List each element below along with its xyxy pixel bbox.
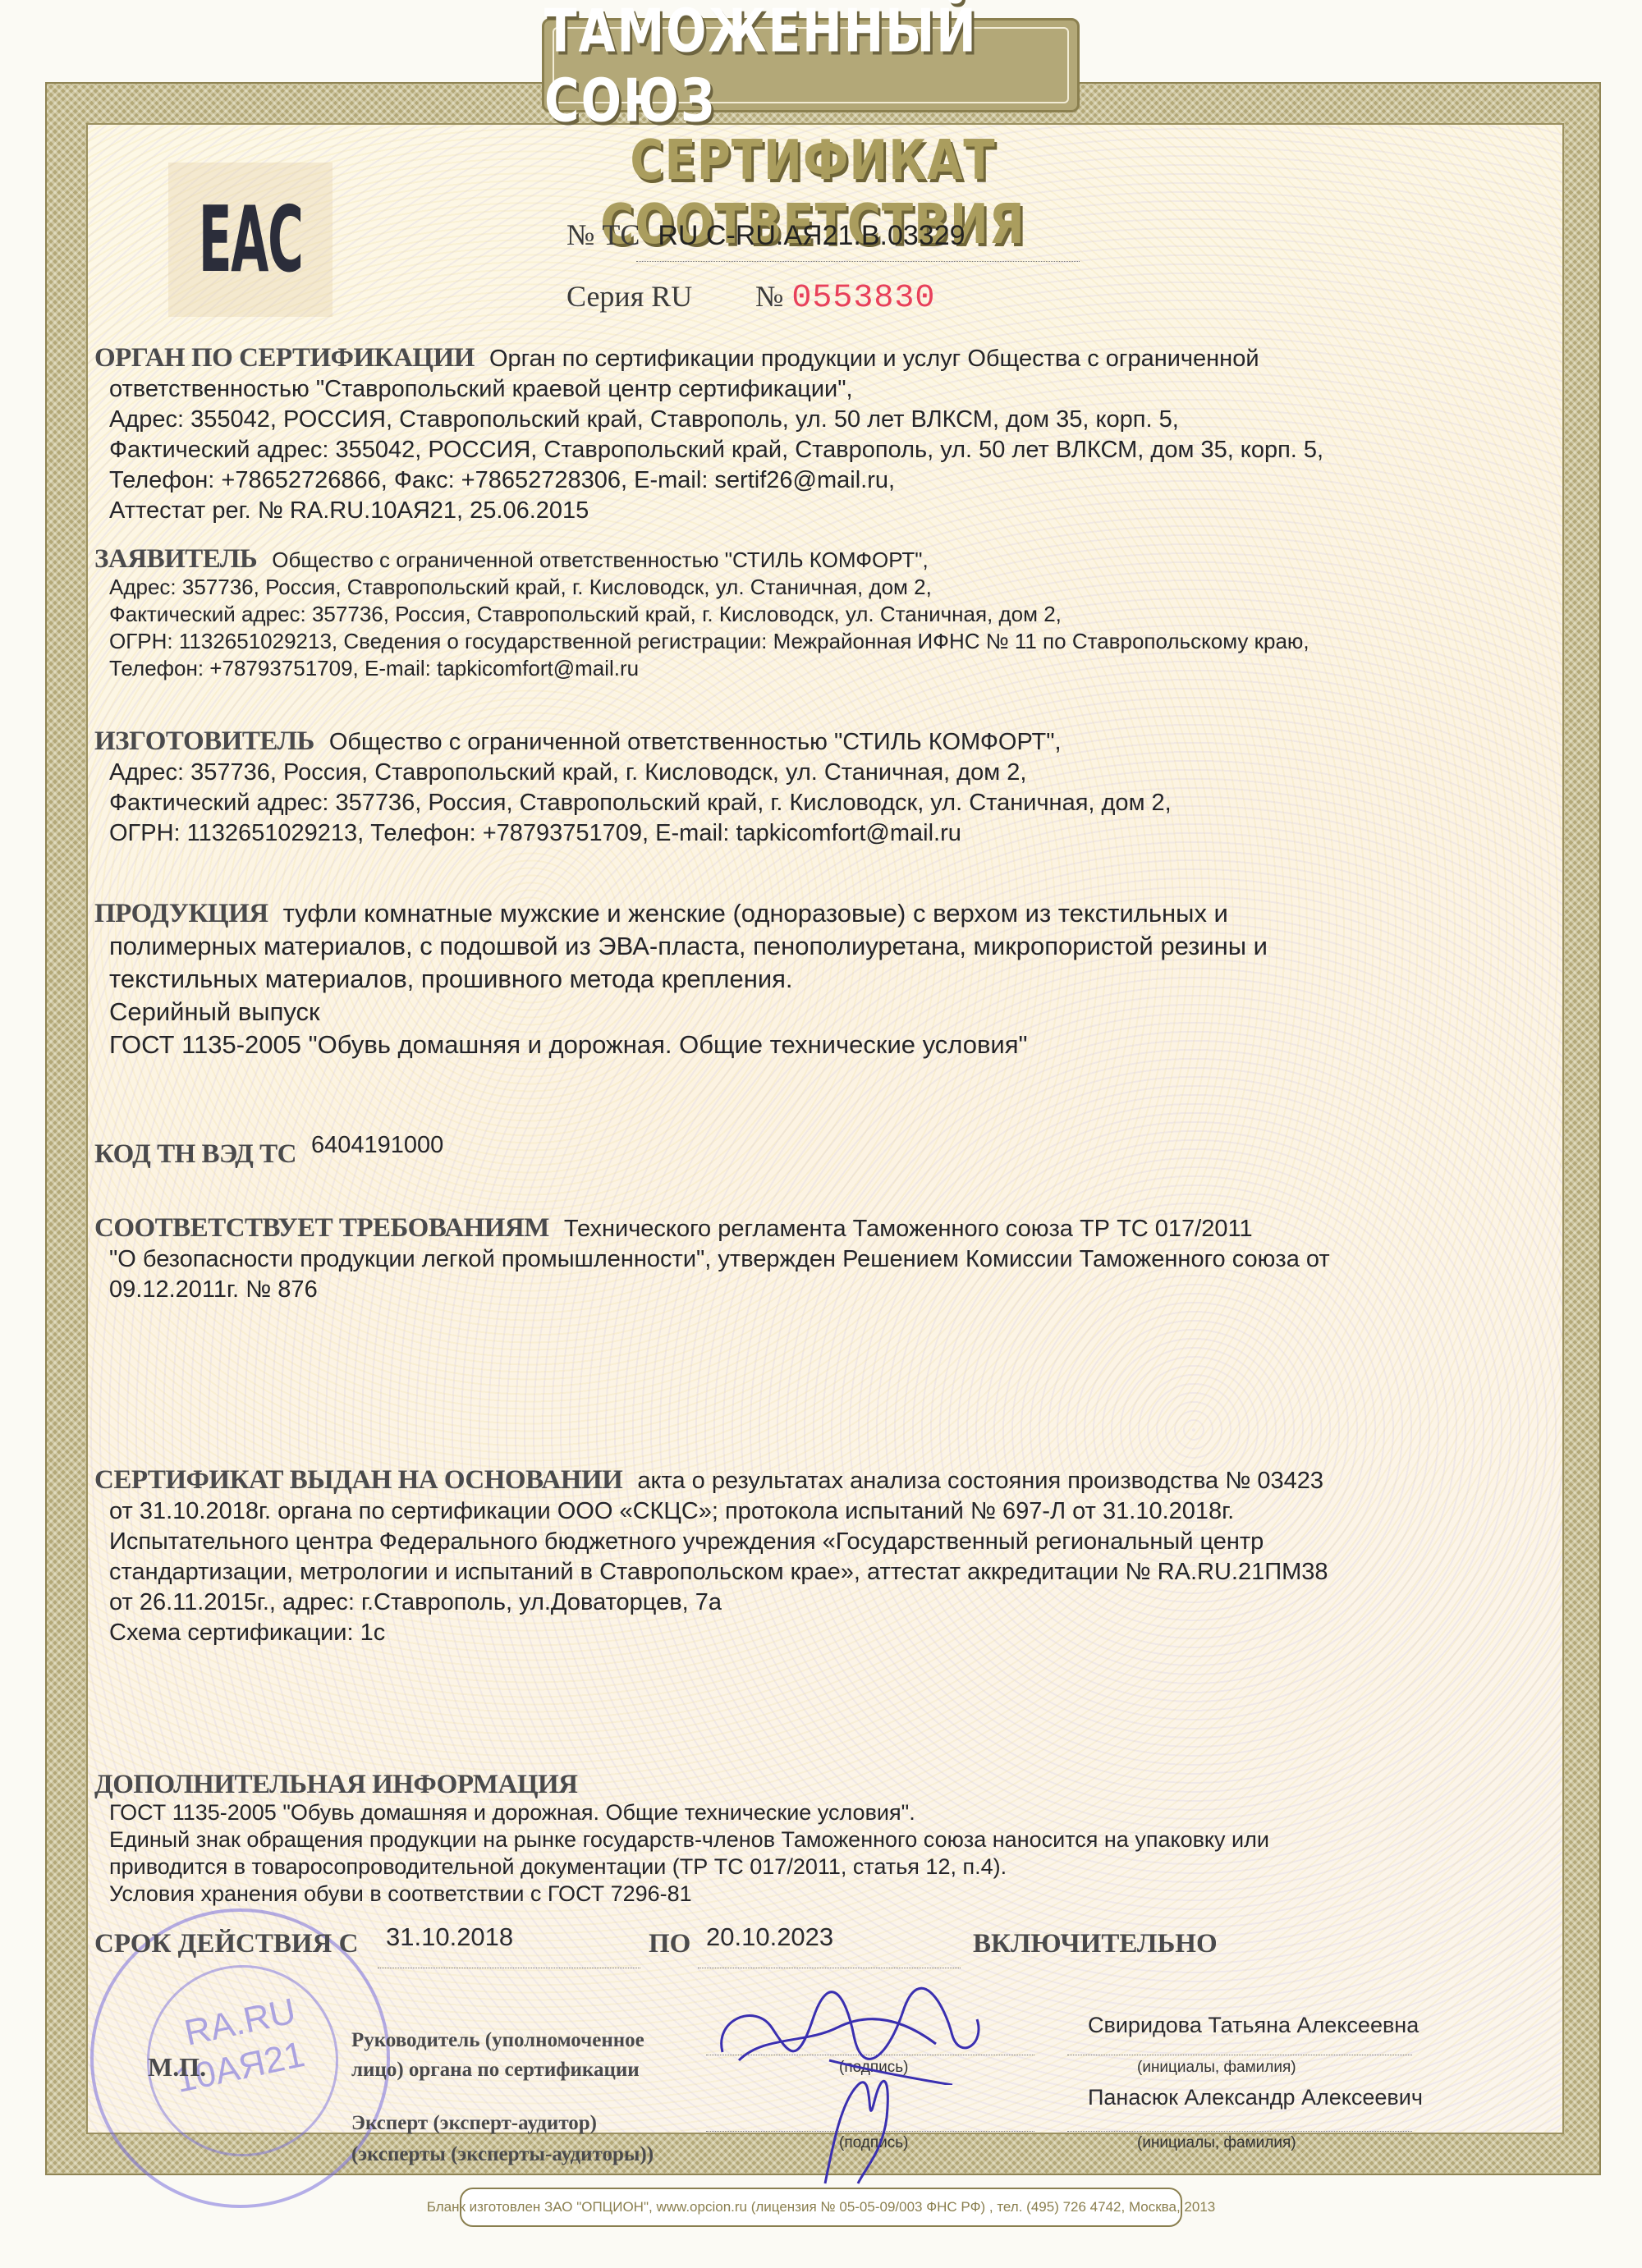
- certification-body-line: Адрес: 355042, РОССИЯ, Ставропольский кр…: [94, 405, 1568, 435]
- series-label: Серия RU: [566, 279, 755, 314]
- expert-name-caption: (инициалы, фамилия): [1137, 2134, 1296, 2152]
- seal-place-label: М.П.: [148, 2052, 206, 2082]
- product-section: ПРОДУКЦИЯтуфли комнатные мужские и женск…: [94, 897, 1568, 1061]
- customs-union-title: ТАМОЖЕННЫЙ СОЮЗ: [544, 0, 1077, 135]
- head-label-line: Руководитель (уполномоченное: [351, 2026, 644, 2055]
- certification-body-line: Аттестат рег. № RA.RU.10АЯ21, 25.06.2015: [94, 496, 1568, 526]
- additional-info-line: ГОСТ 1135-2005 "Обувь домашняя и дорожна…: [94, 1799, 1568, 1826]
- validity-date-from: 31.10.2018: [386, 1922, 513, 1952]
- additional-info-line: приводится в товаросопроводительной доку…: [94, 1853, 1568, 1881]
- requirements-line: 09.12.2011г. № 876: [94, 1275, 1568, 1305]
- head-name-line: [1067, 2055, 1412, 2055]
- applicant-label: ЗАЯВИТЕЛЬ: [94, 544, 257, 574]
- tn-ved-section: КОД ТН ВЭД ТС6404191000: [94, 1139, 1568, 1171]
- manufacturer-line: Фактический адрес: 357736, Россия, Ставр…: [94, 788, 1568, 818]
- head-name-caption: (инициалы, фамилия): [1137, 2059, 1296, 2077]
- manufacturer-line: ОГРН: 1132651029213, Телефон: +787937517…: [94, 818, 1568, 849]
- certificate-number-value: RU C-RU.АЯ21.В.03329: [658, 220, 965, 252]
- manufacturer-section: ИЗГОТОВИТЕЛЬОбщество с ограниченной отве…: [94, 726, 1568, 849]
- tn-ved-label: КОД ТН ВЭД ТС: [94, 1139, 296, 1169]
- product-line: Серийный выпуск: [94, 996, 1568, 1029]
- series-number-value: 0553830: [791, 280, 935, 317]
- basis-line: акта о результатах анализа состояния про…: [637, 1468, 1323, 1494]
- product-label: ПРОДУКЦИЯ: [94, 899, 268, 928]
- basis-line: Схема сертификации: 1с: [94, 1618, 1568, 1648]
- requirements-label: СООТВЕТСТВУЕТ ТРЕБОВАНИЯМ: [94, 1213, 549, 1243]
- head-label: Руководитель (уполномоченное лицо) орган…: [351, 2026, 644, 2085]
- certification-body-section: ОРГАН ПО СЕРТИФИКАЦИИОрган по сертификац…: [94, 343, 1568, 526]
- basis-line: от 26.11.2015г., адрес: г.Ставрополь, ул…: [94, 1588, 1568, 1618]
- validity-inclusive-label: ВКЛЮЧИТЕЛЬНО: [973, 1929, 1218, 1959]
- applicant-line: Фактический адрес: 357736, Россия, Ставр…: [94, 601, 1568, 628]
- basis-line: Испытательного центра Федерального бюдже…: [94, 1527, 1568, 1557]
- validity-from-underline: [378, 1968, 640, 1968]
- head-name: Свиридова Татьяна Алексеевна: [1088, 2013, 1419, 2038]
- requirements-section: СООТВЕТСТВУЕТ ТРЕБОВАНИЯМТехнического ре…: [94, 1213, 1568, 1305]
- certification-body-line: Орган по сертификации продукции и услуг …: [489, 346, 1259, 372]
- expert-name: Панасюк Александр Алексеевич: [1088, 2085, 1423, 2110]
- expert-name-line: [1067, 2131, 1412, 2132]
- head-label-line: лицо) органа по сертификации: [351, 2055, 644, 2085]
- printer-note: Бланк изготовлен ЗАО "ОПЦИОН", www.opcio…: [460, 2188, 1182, 2227]
- basis-line: стандартизации, метрологии и испытаний в…: [94, 1557, 1568, 1588]
- validity-date-to: 20.10.2023: [706, 1922, 833, 1952]
- additional-info-label: ДОПОЛНИТЕЛЬНАЯ ИНФОРМАЦИЯ: [94, 1770, 578, 1799]
- certificate-number-label: № ТС: [566, 218, 640, 252]
- applicant-line: Телефон: +78793751709, E-mail: tapkicomf…: [94, 655, 1568, 682]
- applicant-line: Адрес: 357736, Россия, Ставропольский кр…: [94, 574, 1568, 601]
- series-number-label: №: [755, 279, 783, 314]
- manufacturer-line: Адрес: 357736, Россия, Ставропольский кр…: [94, 758, 1568, 788]
- tn-ved-value: 6404191000: [311, 1132, 443, 1158]
- certification-body-label: ОРГАН ПО СЕРТИФИКАЦИИ: [94, 343, 475, 373]
- additional-info-line: Условия хранения обуви в соответствии с …: [94, 1881, 1568, 1908]
- product-line: полимерных материалов, с подошвой из ЭВА…: [94, 930, 1568, 963]
- product-line: текстильных материалов, прошивного метод…: [94, 963, 1568, 996]
- validity-to-underline: [698, 1968, 961, 1968]
- applicant-line: Общество с ограниченной ответственностью…: [272, 548, 928, 572]
- expert-label-line: (эксперты (эксперты-аудиторы)): [351, 2139, 654, 2170]
- certificate-number-row: № ТС RU C-RU.АЯ21.В.03329: [566, 218, 965, 252]
- requirements-line: Технического регламента Таможенного союз…: [564, 1216, 1253, 1242]
- series-row: Серия RU № 0553830: [566, 279, 935, 317]
- expert-signature-icon: [809, 2069, 907, 2192]
- validity-to-label: ПО: [649, 1929, 690, 1959]
- requirements-line: "О безопасности продукции легкой промышл…: [94, 1244, 1568, 1275]
- product-line: ГОСТ 1135-2005 "Обувь домашняя и дорожна…: [94, 1029, 1568, 1061]
- expert-label: Эксперт (эксперт-аудитор) (эксперты (экс…: [351, 2108, 654, 2170]
- certification-body-line: Телефон: +78652726866, Факс: +7865272830…: [94, 465, 1568, 496]
- validity-from-label: СРОК ДЕЙСТВИЯ С: [94, 1929, 358, 1959]
- additional-info-section: ДОПОЛНИТЕЛЬНАЯ ИНФОРМАЦИЯ ГОСТ 1135-2005…: [94, 1771, 1568, 1908]
- product-line: туфли комнатные мужские и женские (однор…: [283, 899, 1228, 928]
- eac-logo-icon: EAC: [199, 187, 303, 293]
- eac-logo-box: EAC: [168, 163, 333, 317]
- expert-label-line: Эксперт (эксперт-аудитор): [351, 2108, 654, 2139]
- manufacturer-line: Общество с ограниченной ответственностью…: [329, 729, 1062, 755]
- basis-label: СЕРТИФИКАТ ВЫДАН НА ОСНОВАНИИ: [94, 1465, 622, 1495]
- applicant-section: ЗАЯВИТЕЛЬОбщество с ограниченной ответст…: [94, 546, 1568, 682]
- applicant-line: ОГРН: 1132651029213, Сведения о государс…: [94, 628, 1568, 655]
- certificate-number-underline: [636, 261, 1080, 262]
- additional-info-line: Единый знак обращения продукции на рынке…: [94, 1826, 1568, 1853]
- certification-body-line: ответственностью "Ставропольский краевой…: [94, 374, 1568, 405]
- basis-line: от 31.10.2018г. органа по сертификации О…: [94, 1496, 1568, 1527]
- certification-body-line: Фактический адрес: 355042, РОССИЯ, Ставр…: [94, 435, 1568, 465]
- customs-union-plate: ТАМОЖЕННЫЙ СОЮЗ: [542, 18, 1080, 112]
- basis-section: СЕРТИФИКАТ ВЫДАН НА ОСНОВАНИИакта о резу…: [94, 1465, 1568, 1648]
- manufacturer-label: ИЗГОТОВИТЕЛЬ: [94, 726, 314, 756]
